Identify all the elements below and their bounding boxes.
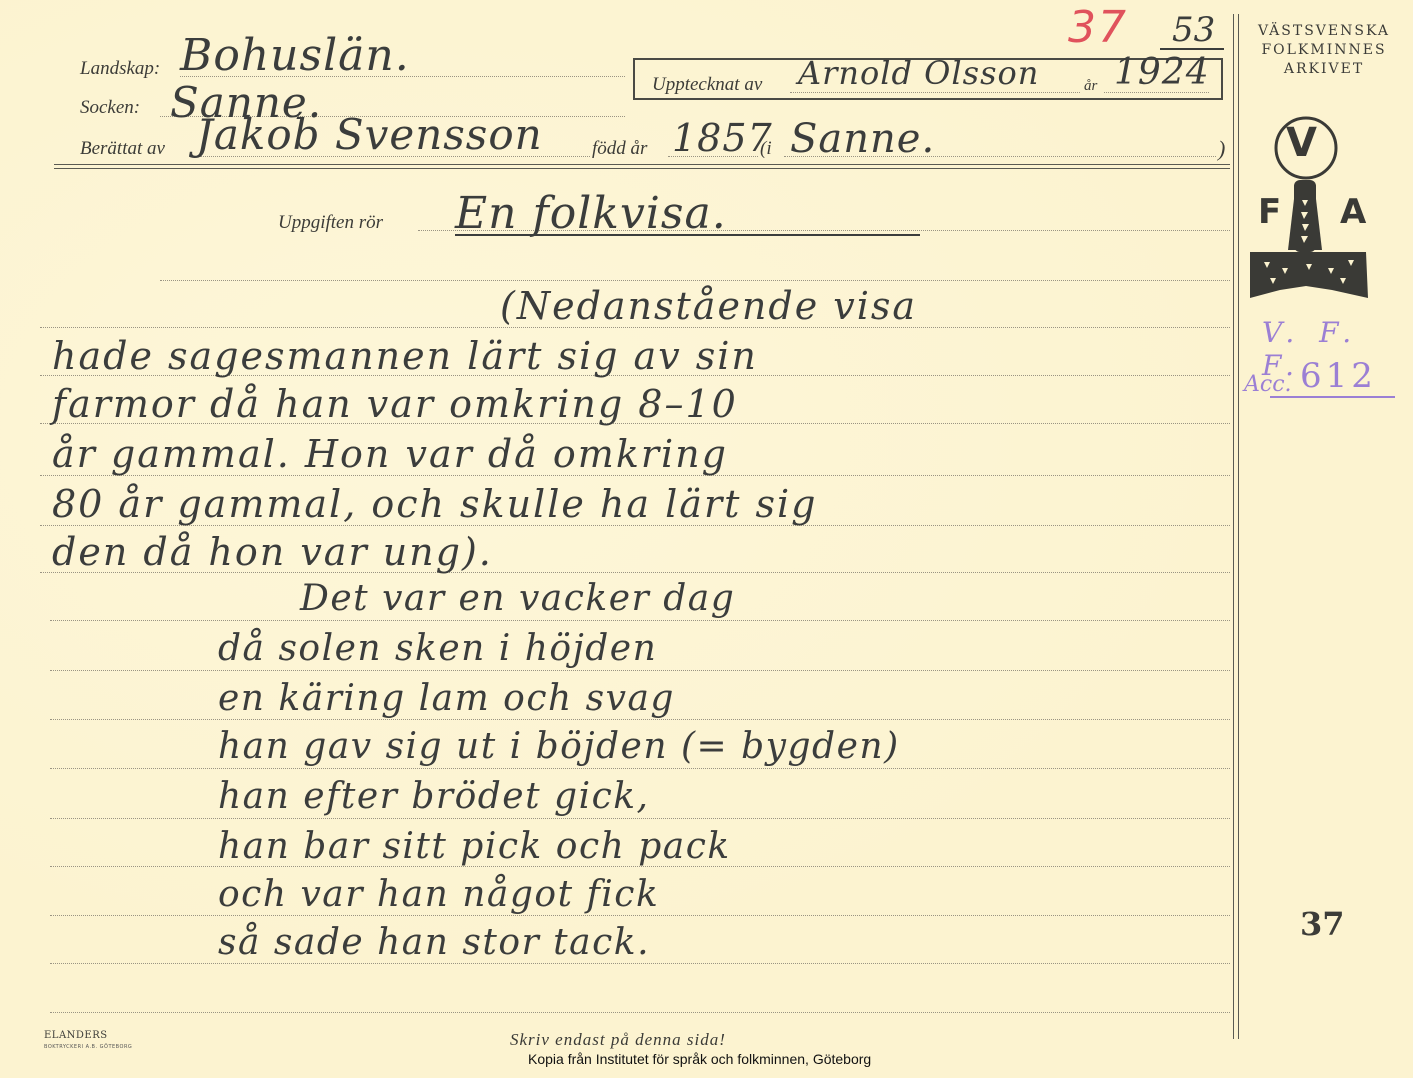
upptecknat-ar-value[interactable]: 1924 xyxy=(1114,52,1210,93)
intro-line-4: år gammal. Hon var då omkring xyxy=(52,432,728,476)
uppgiften-label: Uppgiften rör xyxy=(278,212,383,234)
writing-line xyxy=(50,719,1230,720)
page-number: 37 xyxy=(1300,905,1345,943)
verse-line-7: och var han något fick xyxy=(218,874,659,915)
verse-line-1: Det var en vacker dag xyxy=(300,578,735,619)
stamp-acc-number: 612 xyxy=(1300,356,1377,396)
fraction-bar xyxy=(1160,48,1224,50)
vfa-logo: V F A xyxy=(1250,100,1400,300)
berattat-value[interactable]: Jakob Svensson xyxy=(196,110,543,159)
writing-line xyxy=(50,915,1230,916)
logo-letter-f: F xyxy=(1258,192,1281,232)
intro-line-2: hade sagesmannen lärt sig av sin xyxy=(52,334,758,378)
upptecknat-value[interactable]: Arnold Olsson xyxy=(798,54,1039,92)
fodd-ar-label: född år xyxy=(592,138,647,160)
header-rule-top xyxy=(54,164,1230,165)
stamp-acc-prefix: Acc. xyxy=(1244,372,1292,397)
writing-line xyxy=(50,620,1230,621)
writing-line xyxy=(50,768,1230,769)
fodd-i-close: ) xyxy=(1218,136,1225,162)
printer-subtitle: BOKTRYCKERI A.B. GÖTEBORG xyxy=(44,1044,132,1050)
fodd-i-open: (i xyxy=(760,138,772,160)
berattat-label: Berättat av xyxy=(80,138,165,160)
writing-line xyxy=(160,280,1230,281)
archive-name-line-2: FOLKMINNES xyxy=(1244,41,1404,60)
verse-line-8: så sade han stor tack. xyxy=(218,922,650,963)
copy-notice: Kopia från Institutet för språk och folk… xyxy=(528,1051,871,1067)
intro-line-6: den då hon var ung). xyxy=(52,530,493,574)
writing-line xyxy=(50,670,1230,671)
archive-card: 37 53 Landskap: Bohuslän. Socken: Sanne.… xyxy=(0,0,1413,1078)
archive-name-line-3: ARKIVET xyxy=(1244,60,1404,79)
writing-line xyxy=(50,1012,1230,1013)
stamp-underline xyxy=(1270,396,1395,398)
intro-line-3: farmor då han var omkring 8–10 xyxy=(52,382,738,426)
intro-line-1: (Nedanstående visa xyxy=(500,284,917,328)
verse-line-3: en käring lam och svag xyxy=(218,678,675,719)
writing-line xyxy=(50,963,1230,964)
logo-letter-v: V xyxy=(1286,120,1317,166)
verse-line-6: han bar sitt pick och pack xyxy=(218,826,731,867)
header-rule-bottom xyxy=(54,168,1230,169)
fodd-ar-value[interactable]: 1857 xyxy=(672,116,773,160)
uppgiften-underline xyxy=(455,234,920,236)
sidebar-divider-left xyxy=(1233,14,1234,1039)
verse-line-4: han gav sig ut i böjden (= bygden) xyxy=(218,726,900,767)
sidebar-divider-right xyxy=(1238,14,1239,1039)
upptecknat-label: Upptecknat av xyxy=(652,74,762,96)
writing-line xyxy=(50,818,1230,819)
upptecknat-line xyxy=(790,92,1080,93)
verse-line-2: då solen sken i höjden xyxy=(218,628,657,669)
intro-line-5: 80 år gammal, och skulle ha lärt sig xyxy=(52,482,817,526)
logo-letter-a: A xyxy=(1340,192,1366,232)
upptecknat-ar-label: år xyxy=(1084,78,1097,95)
uppgiften-value[interactable]: En folkvisa. xyxy=(455,188,727,239)
fraction-number: 53 xyxy=(1172,10,1215,50)
socken-label: Socken: xyxy=(80,97,140,119)
printer-mark: ELANDERS xyxy=(44,1030,108,1041)
archive-name-line-1: VÄSTSVENSKA xyxy=(1244,22,1404,41)
fodd-i-value[interactable]: Sanne. xyxy=(790,116,935,162)
red-archive-number: 37 xyxy=(1068,2,1128,53)
landskap-value[interactable]: Bohuslän. xyxy=(180,30,410,81)
write-one-side-instruction: Skriv endast på denna sida! xyxy=(510,1030,726,1050)
verse-line-5: han efter brödet gick, xyxy=(218,776,650,817)
landskap-label: Landskap: xyxy=(80,58,160,80)
